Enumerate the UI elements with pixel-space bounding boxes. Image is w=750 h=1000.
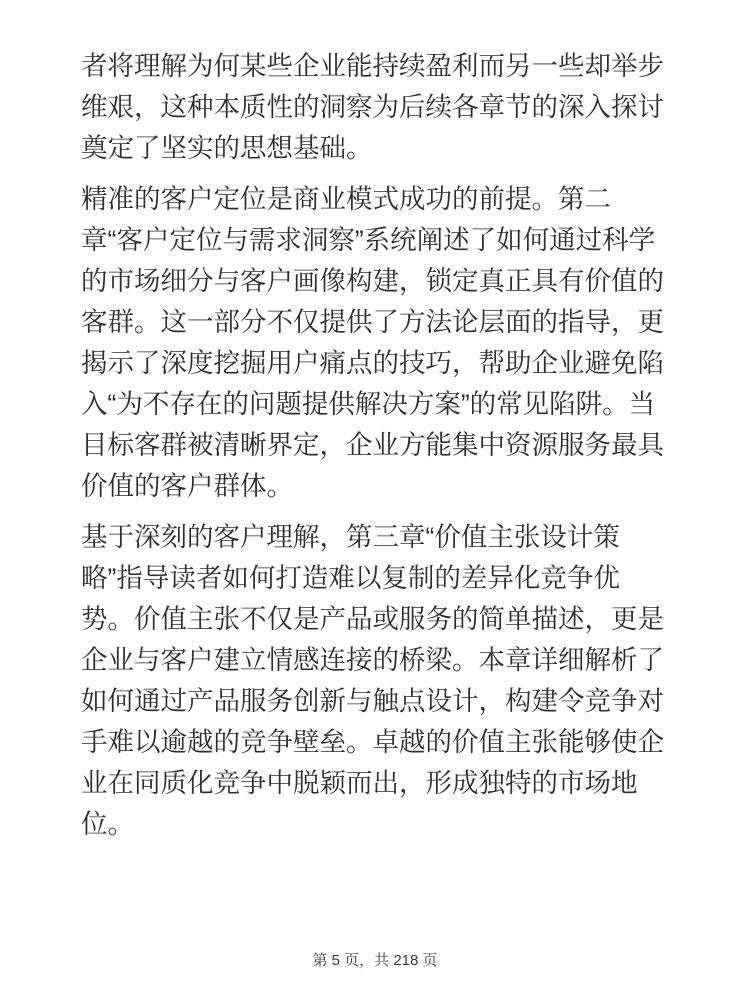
- page-footer: 第 5 页，共 218 页: [0, 951, 750, 971]
- paragraph-3: 基于深刻的客户理解，第三章“价值主张设计策略”指导读者如何打造难以复制的差异化竞…: [81, 517, 671, 845]
- paragraph-2: 精准的客户定位是商业模式成功的前提。第二章“客户定位与需求洞察”系统阐述了如何通…: [81, 179, 671, 507]
- paragraph-1: 者将理解为何某些企业能持续盈利而另一些却举步维艰，这种本质性的洞察为后续各章节的…: [81, 46, 671, 169]
- page-text-body: 者将理解为何某些企业能持续盈利而另一些却举步维艰，这种本质性的洞察为后续各章节的…: [81, 46, 671, 855]
- page-indicator: 第 5 页，共 218 页: [312, 952, 437, 969]
- document-page: 者将理解为何某些企业能持续盈利而另一些却举步维艰，这种本质性的洞察为后续各章节的…: [0, 0, 750, 1000]
